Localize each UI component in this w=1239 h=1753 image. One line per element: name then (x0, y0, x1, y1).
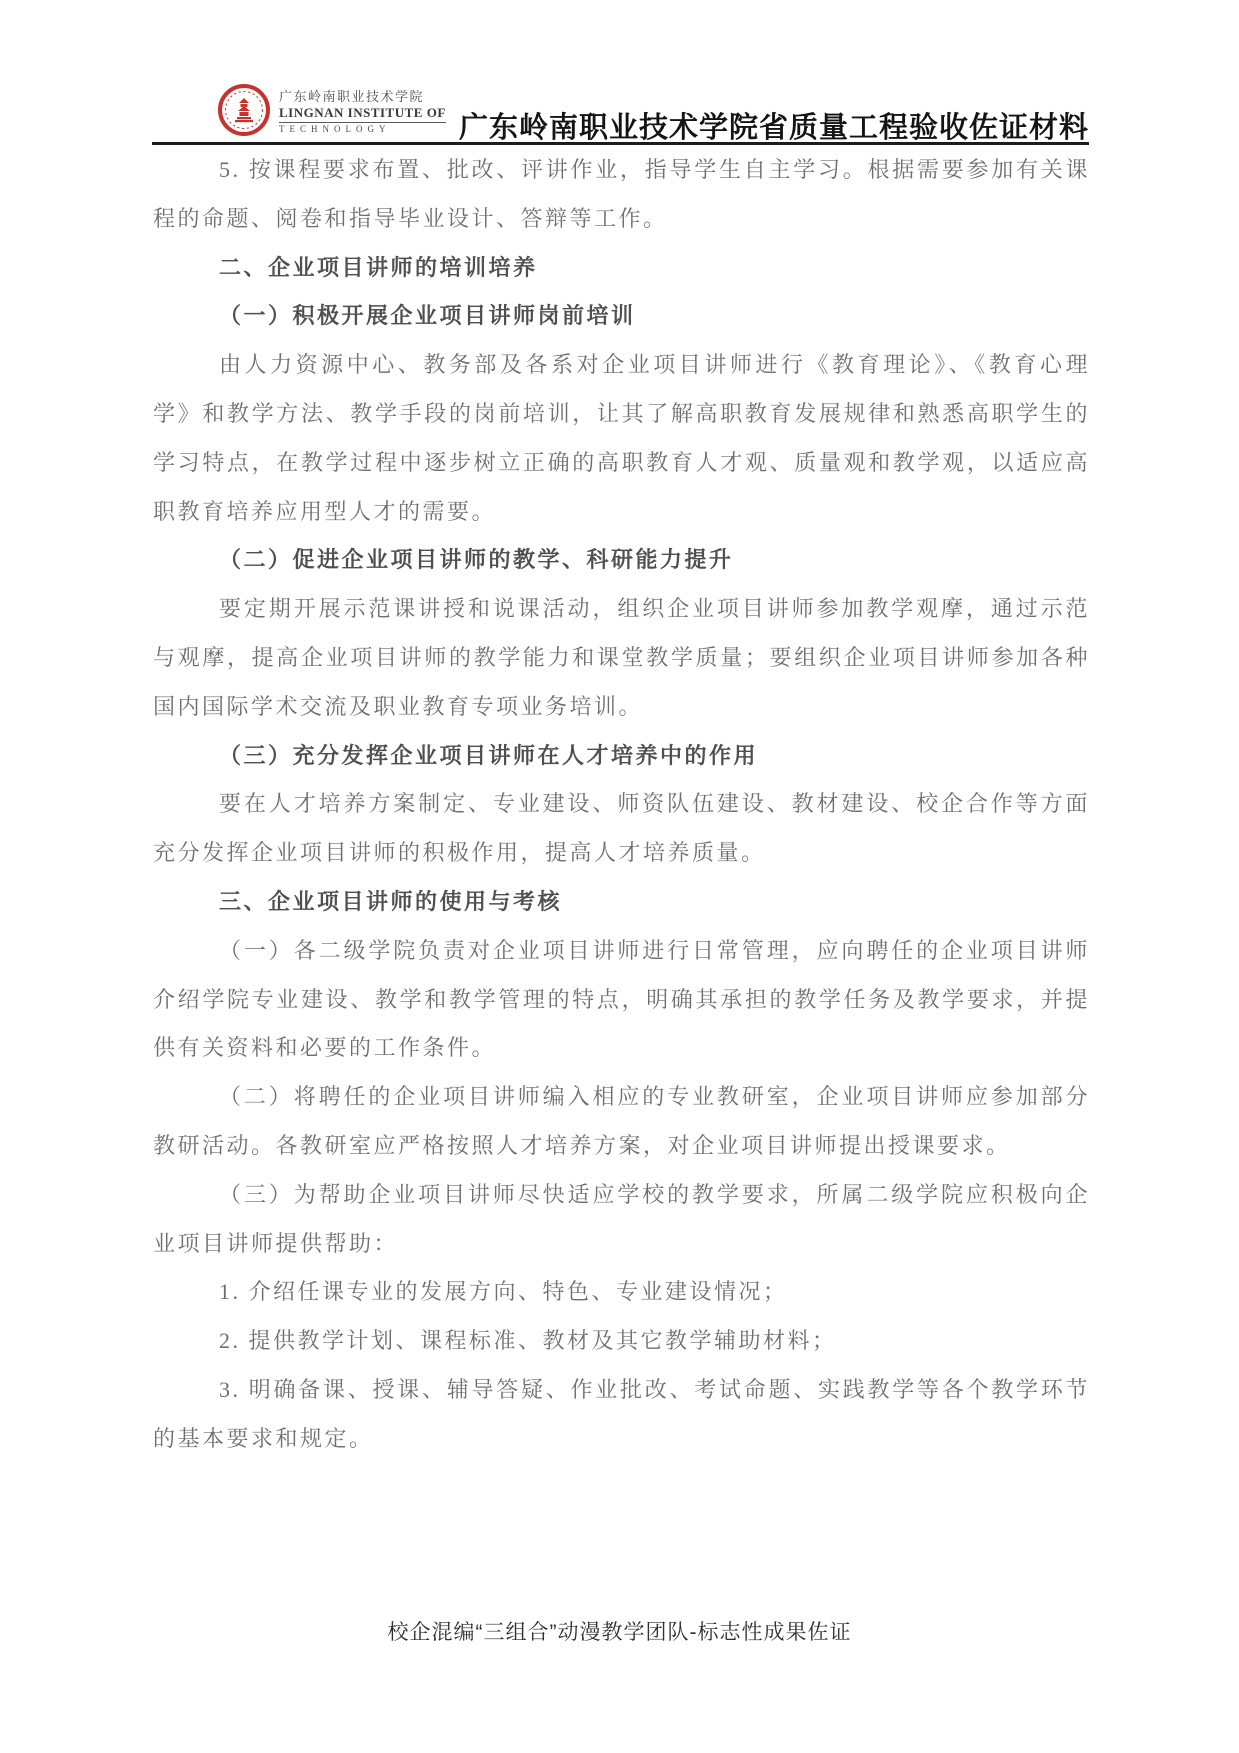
section-heading: 二、企业项目讲师的培训培养 (153, 244, 1090, 293)
document-body: 5. 按课程要求布置、批改、评讲作业，指导学生自主学习。根据需要参加有关课程的命… (153, 146, 1090, 1464)
school-name-en: LINGNAN INSTITUTE OF (279, 104, 446, 123)
body-paragraph: 2. 提供教学计划、课程标准、教材及其它教学辅助材料； (153, 1317, 1090, 1366)
school-name-cn: 广东岭南职业技术学院 (279, 89, 446, 104)
body-paragraph: 要定期开展示范课讲授和说课活动，组织企业项目讲师参加教学观摩，通过示范与观摩，提… (153, 585, 1090, 731)
header-title: 广东岭南职业技术学院省质量工程验收佐证材料 (459, 105, 1089, 146)
body-paragraph: （一）各二级学院负责对企业项目讲师进行日常管理，应向聘任的企业项目讲师介绍学院专… (153, 927, 1090, 1073)
school-logo-text: 广东岭南职业技术学院 LINGNAN INSTITUTE OF TECHNOLO… (279, 84, 446, 136)
school-name-en2: TECHNOLOGY (279, 123, 446, 136)
section-heading: （三）充分发挥企业项目讲师在人才培养中的作用 (153, 732, 1090, 781)
section-heading: （一）积极开展企业项目讲师岗前培训 (153, 292, 1090, 341)
body-paragraph: （二）将聘任的企业项目讲师编入相应的专业教研室，企业项目讲师应参加部分教研活动。… (153, 1073, 1090, 1171)
body-paragraph: 由人力资源中心、教务部及各系对企业项目讲师进行《教育理论》、《教育心理学》和教学… (153, 341, 1090, 536)
body-paragraph: 要在人才培养方案制定、专业建设、师资队伍建设、教材建设、校企合作等方面充分发挥企… (153, 780, 1090, 878)
body-paragraph: （三）为帮助企业项目讲师尽快适应学校的教学要求，所属二级学院应积极向企业项目讲师… (153, 1171, 1090, 1269)
header-rule (152, 142, 1089, 145)
school-logo: 广东岭南职业技术学院 LINGNAN INSTITUTE OF TECHNOLO… (218, 84, 446, 136)
body-paragraph: 5. 按课程要求布置、批改、评讲作业，指导学生自主学习。根据需要参加有关课程的命… (153, 146, 1090, 244)
section-heading: （二）促进企业项目讲师的教学、科研能力提升 (153, 536, 1090, 585)
section-heading: 三、企业项目讲师的使用与考核 (153, 878, 1090, 927)
body-paragraph: 3. 明确备课、授课、辅导答疑、作业批改、考试命题、实践教学等各个教学环节的基本… (153, 1366, 1090, 1464)
document-page: 广东岭南职业技术学院 LINGNAN INSTITUTE OF TECHNOLO… (0, 0, 1239, 1753)
body-paragraph: 1. 介绍任课专业的发展方向、特色、专业建设情况； (153, 1268, 1090, 1317)
footer-text: 校企混编“三组合”动漫教学团队-标志性成果佐证 (0, 1616, 1239, 1646)
school-seal-icon (218, 84, 270, 136)
